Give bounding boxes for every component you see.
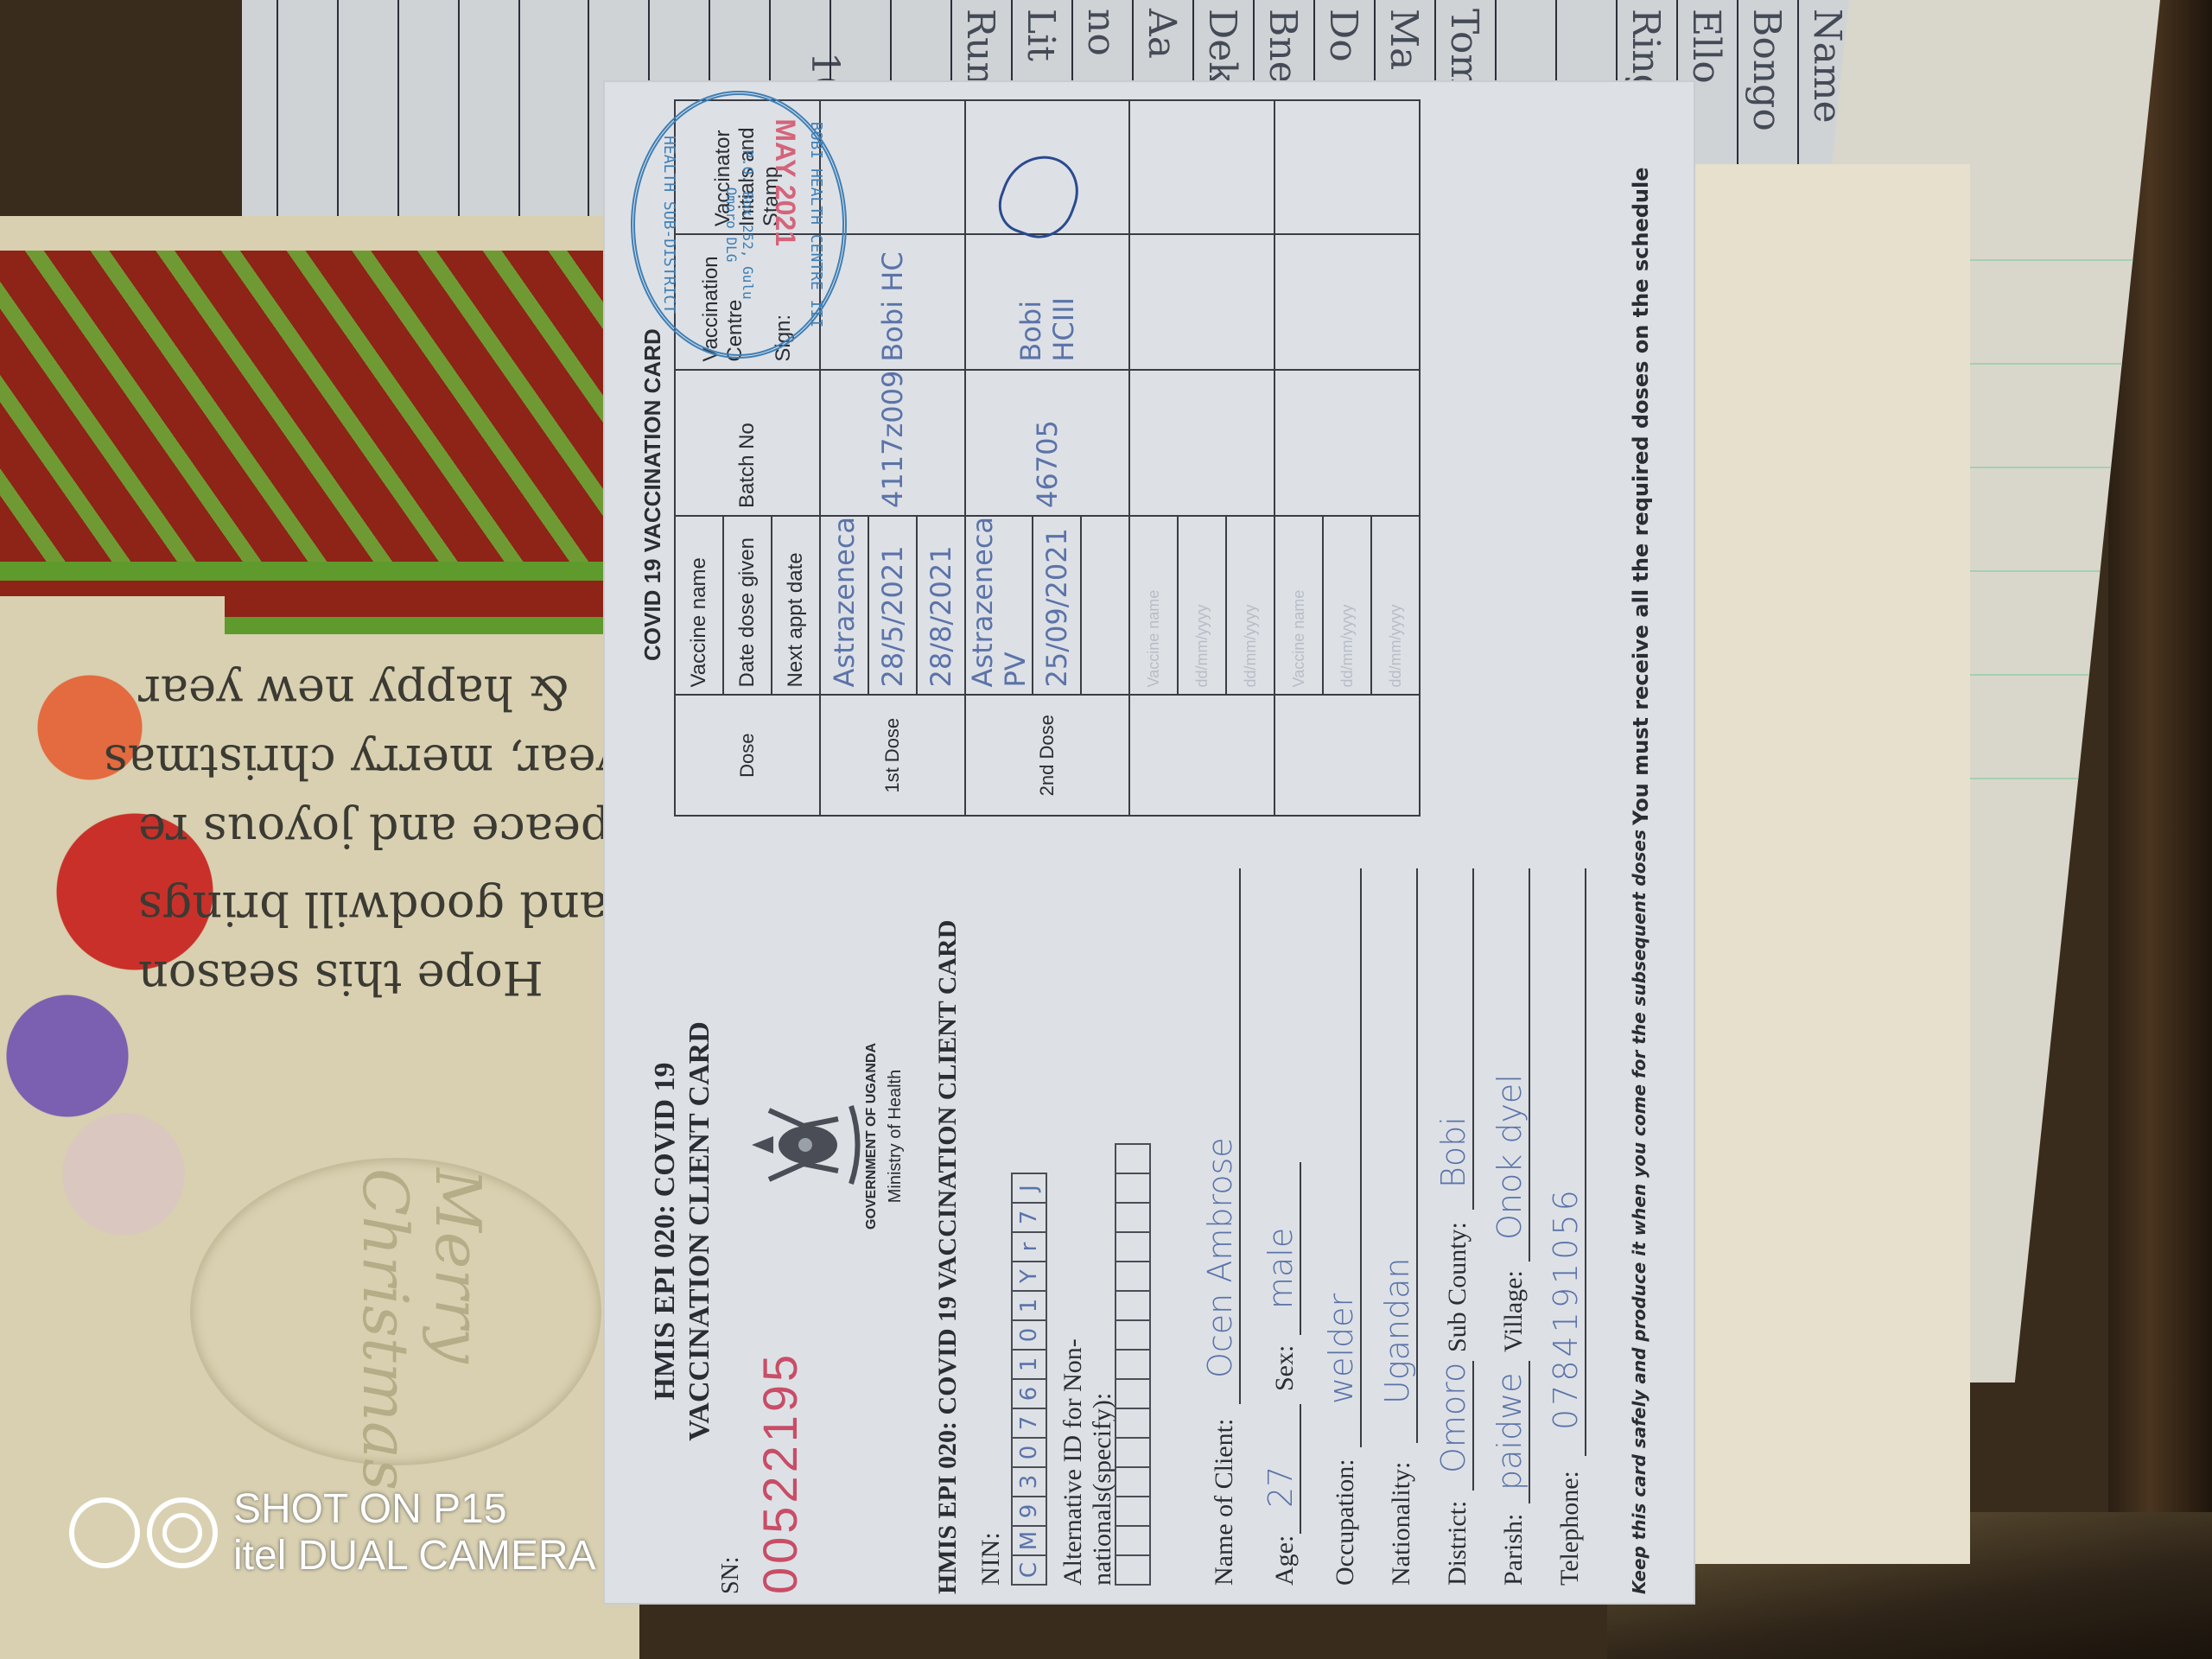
coat-of-arms-icon xyxy=(743,1093,864,1197)
name-value[interactable]: Ocen Ambrose xyxy=(1201,1137,1239,1378)
header-batch: Batch No xyxy=(675,370,820,516)
vaccine-value[interactable]: Astrazeneca xyxy=(820,516,868,696)
batch-value[interactable]: 46705 xyxy=(965,370,1129,516)
christmas-verse-line: peace and joyous re xyxy=(138,804,622,858)
health-centre-stamp: BOBI HEALTH CENTRE III P.O. Box 252, Gul… xyxy=(631,91,847,359)
name-label: Name of Client: xyxy=(1210,1419,1239,1586)
notebook-entry: Ma xyxy=(1382,9,1426,70)
sex-value[interactable]: male xyxy=(1262,1228,1300,1309)
dose-label: 2nd Dose xyxy=(965,695,1129,816)
telephone-label: Telephone: xyxy=(1555,1471,1585,1586)
vaccination-card: HMIS EPI 020: COVID 19 VACCINATION CLIEN… xyxy=(605,82,1694,1603)
vaccine-placeholder[interactable]: Vaccine name xyxy=(1274,516,1323,696)
sex-label: Sex: xyxy=(1270,1345,1300,1391)
village-value[interactable]: Onok dyel xyxy=(1491,1074,1529,1240)
serial-number: 00522195 xyxy=(752,1351,808,1594)
dose-label: 1st Dose xyxy=(820,695,965,816)
notebook-entry: Dek xyxy=(1200,9,1244,85)
village-label: Village: xyxy=(1499,1270,1529,1352)
subcounty-value[interactable]: Bobi xyxy=(1434,1116,1472,1188)
christmas-verse-line: year, merry christmas xyxy=(138,734,622,789)
card-title: HMIS EPI 020: COVID 19 VACCINATION CLIEN… xyxy=(648,989,717,1473)
alt-id-label: Alternative ID for Non-nationals(specify… xyxy=(1058,1223,1117,1586)
alt-id-field[interactable] xyxy=(1115,1145,1151,1586)
table-row: Vaccine name xyxy=(1129,100,1178,816)
striped-wrapper xyxy=(0,251,622,562)
dual-camera-icon xyxy=(69,1497,218,1568)
date-placeholder[interactable]: dd/mm/yyyy xyxy=(1226,516,1274,696)
watermark-line1: SHOT ON P15 xyxy=(233,1486,596,1533)
camera-watermark: SHOT ON P15 itel DUAL CAMERA xyxy=(69,1486,596,1580)
date-given-value[interactable]: 25/09/2021 xyxy=(1033,516,1081,696)
dose-table-title: COVID 19 VACCINATION CARD xyxy=(639,328,666,661)
notebook-entry: Bongo xyxy=(1745,9,1789,131)
nationality-value[interactable]: Ugandan xyxy=(1378,1258,1416,1404)
next-appt-value[interactable]: 28/8/2021 xyxy=(917,516,965,696)
age-value[interactable]: 27 xyxy=(1262,1466,1300,1508)
header-dose: Dose xyxy=(675,695,820,816)
notebook-entry: Tom xyxy=(1442,9,1486,90)
age-label: Age: xyxy=(1270,1535,1300,1586)
notebook-entry: Lit xyxy=(1019,9,1063,61)
nin-label: NIN: xyxy=(976,1532,1006,1586)
table-row: Vaccine name xyxy=(1274,100,1323,816)
telephone-value[interactable]: 0784191056 xyxy=(1547,1186,1585,1430)
watermark-line2: itel DUAL CAMERA xyxy=(233,1533,596,1580)
christmas-verse-line: and goodwill brings xyxy=(138,881,622,936)
schedule-note: You must receive all the required doses … xyxy=(1629,167,1653,825)
occupation-label: Occupation: xyxy=(1331,1459,1360,1586)
district-value[interactable]: Omoro xyxy=(1434,1363,1472,1473)
centre-value[interactable]: Bobi HCIII xyxy=(965,234,1129,369)
batch-value[interactable]: 4117z009 xyxy=(820,370,965,516)
card-right-page: COVID 19 VACCINATION CARD Dose Vaccine n… xyxy=(605,82,1694,842)
occupation-value[interactable]: welder xyxy=(1322,1294,1360,1404)
christmas-verse-line: Hope this season xyxy=(138,950,622,1005)
header-date-given: Date dose given xyxy=(723,516,772,696)
nin-field[interactable]: C M 9 3 0 7 6 1 0 1 Y r 7 J xyxy=(1011,1174,1047,1586)
keep-card-note: Keep this card safely and produce it whe… xyxy=(1629,829,1649,1594)
date-given-value[interactable]: 28/5/2021 xyxy=(868,516,917,696)
parish-label: Parish: xyxy=(1499,1514,1529,1586)
notebook-entry: Ello xyxy=(1684,9,1728,84)
government-label: GOVERNMENT OF UGANDA xyxy=(864,998,880,1274)
christmas-card: & happy new year year, merry christmas p… xyxy=(0,216,639,1659)
date-placeholder[interactable]: dd/mm/yyyy xyxy=(1371,516,1420,696)
vaccine-placeholder[interactable]: Vaccine name xyxy=(1129,516,1178,696)
date-placeholder[interactable]: dd/mm/yyyy xyxy=(1178,516,1226,696)
nationality-label: Nationality: xyxy=(1387,1462,1416,1586)
district-label: District: xyxy=(1443,1501,1472,1586)
header-next-appt: Next appt date xyxy=(772,516,820,696)
date-stamp: MAY 2021 xyxy=(769,118,801,246)
subcounty-label: Sub County: xyxy=(1443,1222,1472,1352)
card-left-page: HMIS EPI 020: COVID 19 VACCINATION CLIEN… xyxy=(605,842,1694,1603)
card-subtitle: HMIS EPI 020: COVID 19 VACCINATION CLIEN… xyxy=(933,920,963,1594)
next-appt-value[interactable] xyxy=(1081,516,1129,696)
vaccine-value[interactable]: Astrazeneca PV xyxy=(965,516,1033,696)
merry-christmas-emboss: Merry Christmas xyxy=(190,1158,601,1465)
ministry-label: Ministry of Health xyxy=(886,998,906,1274)
notebook-entry: Bne xyxy=(1261,9,1305,84)
date-placeholder[interactable]: dd/mm/yyyy xyxy=(1323,516,1371,696)
christmas-verse-line: & happy new year xyxy=(138,665,622,720)
notebook-entry: no xyxy=(1079,9,1123,56)
notebook-entry: Aa xyxy=(1140,9,1184,59)
parish-value[interactable]: paidwe xyxy=(1491,1372,1529,1491)
envelope xyxy=(1676,164,1970,1564)
notebook-entry: Do xyxy=(1321,9,1365,62)
header-vaccine-name: Vaccine name xyxy=(675,516,723,696)
sn-label: SN: xyxy=(717,1556,745,1594)
